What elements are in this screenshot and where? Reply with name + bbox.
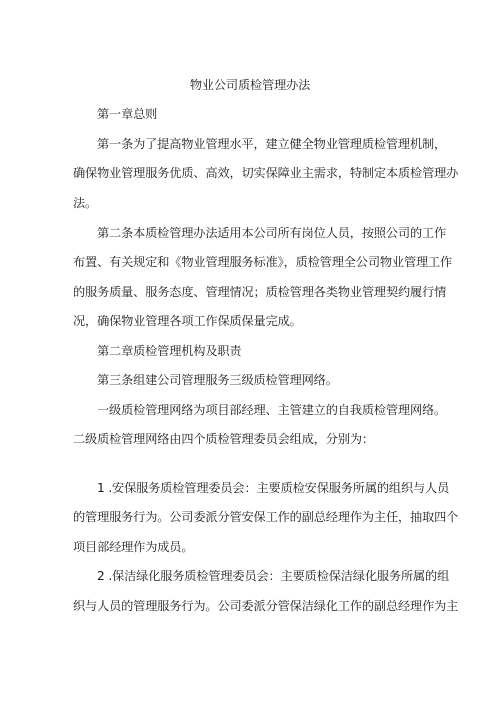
paragraph-line: 第三条组建公司管理服务三级质检管理网络。 [97,372,449,388]
list-item-line: 1 .安保服务质检管理委员会：主要质检安保服务所属的组织与人员 [97,480,449,496]
paragraph-line: 第一条为了提高物业管理水平，建立健全物业管理质检管理机制， [97,136,449,152]
paragraph-line: 确保物业管理服务优质、高效，切实保障业主需求，特制定本质检管理办 [73,165,425,181]
paragraph-line: 二级质检管理网络由四个质检管理委员会组成，分别为： [73,431,425,447]
list-item-line: 2 .保洁绿化服务质检管理委员会：主要质检保洁绿化服务所属的组 [97,568,449,584]
document-page: 物业公司质检管理办法 第一章总则 第一条为了提高物业管理水平，建立健全物业管理质… [0,0,500,707]
paragraph-line: 法。 [73,195,425,211]
paragraph-line: 况，确保物业管理各项工作保质保量完成。 [73,313,425,329]
paragraph-line: 一级质检管理网络为项目部经理、主管建立的自我质检管理网络。 [97,402,449,418]
document-title: 物业公司质检管理办法 [0,77,500,93]
paragraph-line: 布置、有关规定和《物业管理服务标准》，质检管理全公司物业管理工作 [73,254,425,270]
list-item-line: 的管理服务行为。公司委派分管安保工作的副总经理作为主任，抽取四个 [73,509,425,525]
paragraph-line: 的服务质量、服务态度、管理情况；质检管理各类物业管理契约履行情 [73,284,425,300]
list-item-line: 项目部经理作为成员。 [73,539,425,555]
paragraph-line: 第二条本质检管理办法适用本公司所有岗位人员，按照公司的工作 [97,225,449,241]
list-item-line: 织与人员的管理服务行为。公司委派分管保洁绿化工作的副总经理作为主 [73,598,425,614]
chapter-1-heading: 第一章总则 [97,106,449,122]
chapter-2-heading: 第二章质检管理机构及职责 [97,343,449,359]
